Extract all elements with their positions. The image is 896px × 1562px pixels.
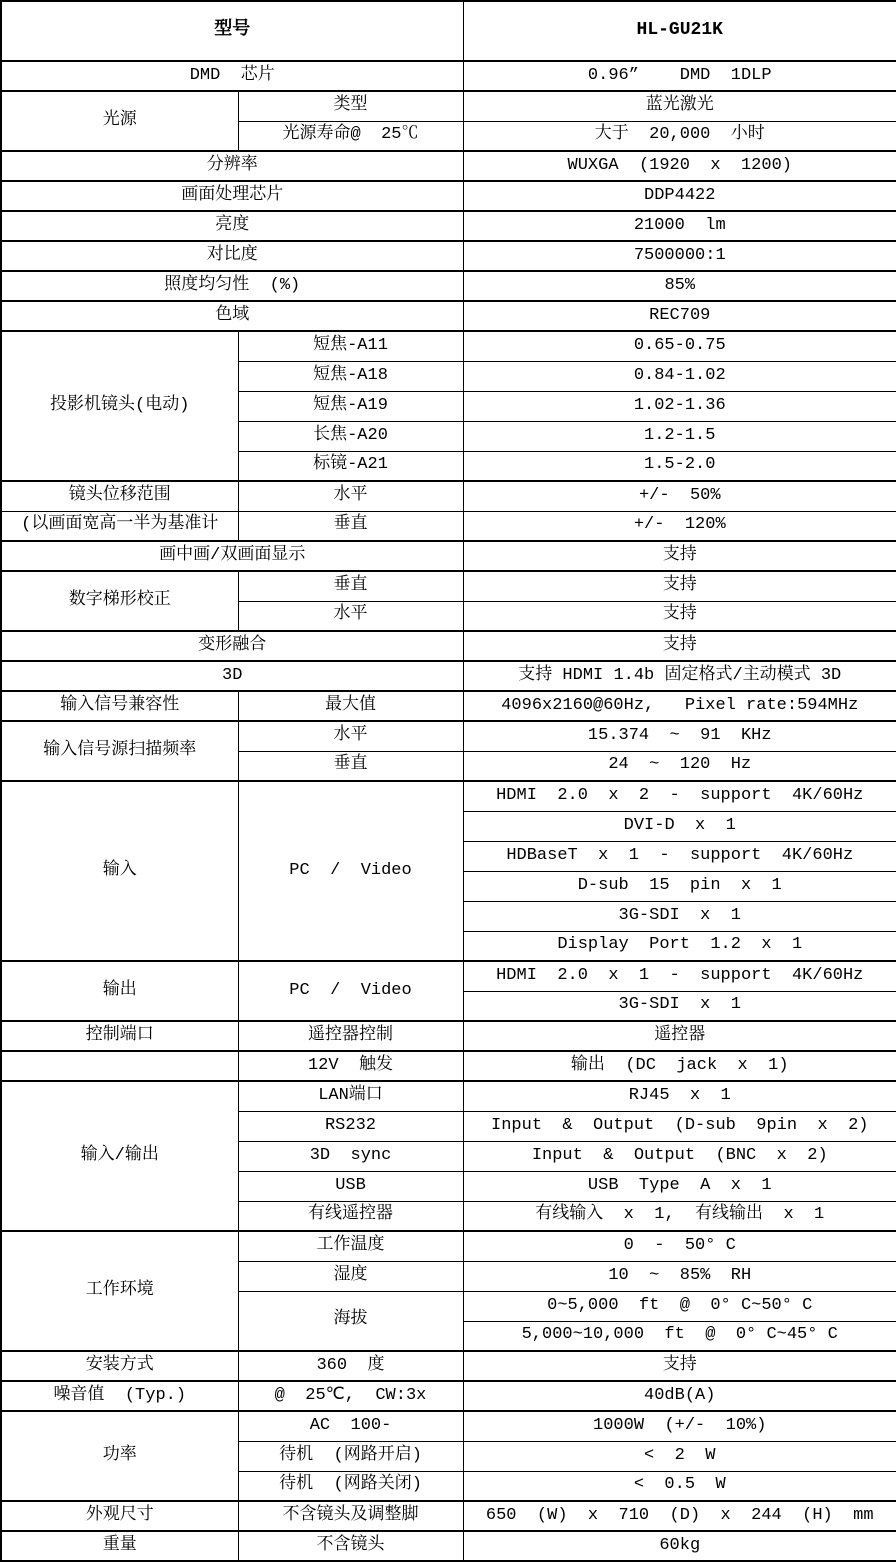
spec-cell: 650 (W) x 710 (D) x 244 (H) mm — [463, 1501, 896, 1531]
spec-cell: LAN端口 — [238, 1081, 463, 1111]
spec-cell: 1000W (+/- 10%) — [463, 1411, 896, 1441]
spec-row: 输入信号源扫描频率水平15.374 ~ 91 KHz — [1, 721, 896, 751]
spec-cell: 输出 (DC jack x 1) — [463, 1051, 896, 1081]
spec-cell — [1, 1051, 238, 1081]
spec-cell: 最大值 — [238, 691, 463, 721]
spec-cell: 1.02-1.36 — [463, 391, 896, 421]
input-label-cell: 输入 — [1, 781, 238, 961]
spec-cell: < 0.5 W — [463, 1471, 896, 1501]
spec-row: 对比度7500000:1 — [1, 241, 896, 271]
spec-cell: 色域 — [1, 301, 463, 331]
spec-cell: 支持 HDMI 1.4b 固定格式/主动模式 3D — [463, 661, 896, 691]
spec-cell: 大于 20,000 小时 — [463, 121, 896, 151]
spec-cell: 5,000~10,000 ft @ 0° C~45° C — [463, 1321, 896, 1351]
spec-cell: D-sub 15 pin x 1 — [463, 871, 896, 901]
spec-cell: @ 25℃, CW:3x — [238, 1381, 463, 1411]
lens-label-cell: 投影机镜头(电动) — [1, 331, 238, 481]
spec-cell: Display Port 1.2 x 1 — [463, 931, 896, 961]
output-label-cell: 输出 — [1, 961, 238, 1021]
spec-cell: 0.65-0.75 — [463, 331, 896, 361]
spec-cell: 蓝光激光 — [463, 91, 896, 121]
spec-cell: USB — [238, 1171, 463, 1201]
spec-cell: 类型 — [238, 91, 463, 121]
spec-cell: 1.2-1.5 — [463, 421, 896, 451]
spec-cell: 湿度 — [238, 1261, 463, 1291]
light-source-label-cell: 光源 — [1, 91, 238, 151]
spec-cell: WUXGA (1920 x 1200) — [463, 151, 896, 181]
spec-cell: 安装方式 — [1, 1351, 238, 1381]
spec-row: 色域REC709 — [1, 301, 896, 331]
spec-cell: 对比度 — [1, 241, 463, 271]
spec-cell: 不含镜头 — [238, 1531, 463, 1561]
spec-cell: 数字梯形校正 — [1, 571, 238, 631]
spec-cell: 15.374 ~ 91 KHz — [463, 721, 896, 751]
environment-label-cell: 工作环境 — [1, 1231, 238, 1351]
spec-cell: 垂直 — [238, 571, 463, 601]
spec-row: 光源类型蓝光激光 — [1, 91, 896, 121]
spec-cell: 光源寿命@ 25℃ — [238, 121, 463, 151]
spec-cell: AC 100- — [238, 1411, 463, 1441]
spec-cell: HDMI 2.0 x 2 - support 4K/60Hz — [463, 781, 896, 811]
spec-row: 输入PC / VideoHDMI 2.0 x 2 - support 4K/60… — [1, 781, 896, 811]
spec-header-row: 型号HL-GU21K — [1, 1, 896, 61]
spec-row: DMD 芯片0.96” DMD 1DLP — [1, 61, 896, 91]
spec-row: 重量不含镜头60kg — [1, 1531, 896, 1561]
spec-row: 控制端口遥控器控制遥控器 — [1, 1021, 896, 1051]
spec-row: 数字梯形校正垂直支持 — [1, 571, 896, 601]
spec-cell: 4096x2160@60Hz, Pixel rate:594MHz — [463, 691, 896, 721]
spec-row: 工作环境工作温度0 - 50° C — [1, 1231, 896, 1261]
spec-cell: 水平 — [238, 601, 463, 631]
model-label-cell: 型号 — [1, 1, 463, 61]
spec-cell: 标镜-A21 — [238, 451, 463, 481]
spec-table-body: 型号HL-GU21KDMD 芯片0.96” DMD 1DLP光源类型蓝光激光光源… — [1, 1, 896, 1561]
spec-cell: 360 度 — [238, 1351, 463, 1381]
spec-row: 外观尺寸不含镜头及调整脚650 (W) x 710 (D) x 244 (H) … — [1, 1501, 896, 1531]
spec-cell: 0.96” DMD 1DLP — [463, 61, 896, 91]
spec-cell: REC709 — [463, 301, 896, 331]
spec-cell: 60kg — [463, 1531, 896, 1561]
spec-row: 分辨率WUXGA (1920 x 1200) — [1, 151, 896, 181]
spec-row: 噪音值 (Typ.)@ 25℃, CW:3x40dB(A) — [1, 1381, 896, 1411]
spec-cell: 3G-SDI x 1 — [463, 991, 896, 1021]
spec-cell: DMD 芯片 — [1, 61, 463, 91]
spec-cell: 水平 — [238, 721, 463, 751]
spec-row: 照度均匀性 (%)85% — [1, 271, 896, 301]
spec-row: 画中画/双画面显示支持 — [1, 541, 896, 571]
spec-cell: 画面处理芯片 — [1, 181, 463, 211]
spec-cell: 短焦-A19 — [238, 391, 463, 421]
spec-cell: 垂直 — [238, 511, 463, 541]
spec-cell: 输入信号兼容性 — [1, 691, 238, 721]
spec-cell: +/- 50% — [463, 481, 896, 511]
spec-cell: DDP4422 — [463, 181, 896, 211]
spec-cell: 有线遥控器 — [238, 1201, 463, 1231]
spec-cell: DVI-D x 1 — [463, 811, 896, 841]
spec-cell: 照度均匀性 (%) — [1, 271, 463, 301]
spec-cell: 不含镜头及调整脚 — [238, 1501, 463, 1531]
power-label-cell: 功率 — [1, 1411, 238, 1501]
spec-cell: 有线输入 x 1, 有线输出 x 1 — [463, 1201, 896, 1231]
spec-row: 安装方式360 度支持 — [1, 1351, 896, 1381]
spec-row: 3D支持 HDMI 1.4b 固定格式/主动模式 3D — [1, 661, 896, 691]
spec-row: 镜头位移范围水平+/- 50% — [1, 481, 896, 511]
spec-cell: 支持 — [463, 1351, 896, 1381]
spec-cell: 1.5-2.0 — [463, 451, 896, 481]
spec-cell: 噪音值 (Typ.) — [1, 1381, 238, 1411]
spec-cell: Input & Output (D-sub 9pin x 2) — [463, 1111, 896, 1141]
spec-cell: 支持 — [463, 541, 896, 571]
spec-cell: 长焦-A20 — [238, 421, 463, 451]
spec-cell: 画中画/双画面显示 — [1, 541, 463, 571]
spec-cell: 垂直 — [238, 751, 463, 781]
spec-row: 画面处理芯片DDP4422 — [1, 181, 896, 211]
spec-cell: (以画面宽高一半为基准计 — [1, 511, 238, 541]
spec-cell: 0 - 50° C — [463, 1231, 896, 1261]
spec-cell: 3D sync — [238, 1141, 463, 1171]
spec-cell: 21000 lm — [463, 211, 896, 241]
spec-cell: 12V 触发 — [238, 1051, 463, 1081]
spec-cell: 待机 (网路开启) — [238, 1441, 463, 1471]
model-value-cell: HL-GU21K — [463, 1, 896, 61]
spec-cell: +/- 120% — [463, 511, 896, 541]
spec-cell: 0~5,000 ft @ 0° C~50° C — [463, 1291, 896, 1321]
spec-cell: 镜头位移范围 — [1, 481, 238, 511]
spec-row: 输出PC / VideoHDMI 2.0 x 1 - support 4K/60… — [1, 961, 896, 991]
spec-cell: 支持 — [463, 601, 896, 631]
spec-row: (以画面宽高一半为基准计垂直+/- 120% — [1, 511, 896, 541]
spec-row: 变形融合支持 — [1, 631, 896, 661]
spec-cell: PC / Video — [238, 961, 463, 1021]
spec-cell: HDMI 2.0 x 1 - support 4K/60Hz — [463, 961, 896, 991]
spec-cell: 变形融合 — [1, 631, 463, 661]
spec-cell: 短焦-A11 — [238, 331, 463, 361]
spec-cell: 亮度 — [1, 211, 463, 241]
spec-cell: 工作温度 — [238, 1231, 463, 1261]
spec-row: 亮度21000 lm — [1, 211, 896, 241]
spec-cell: 遥控器控制 — [238, 1021, 463, 1051]
spec-sheet: 型号HL-GU21KDMD 芯片0.96” DMD 1DLP光源类型蓝光激光光源… — [0, 0, 896, 1562]
spec-cell: 海拔 — [238, 1291, 463, 1351]
spec-cell: 遥控器 — [463, 1021, 896, 1051]
spec-row: 投影机镜头(电动)短焦-A110.65-0.75 — [1, 331, 896, 361]
spec-cell: RJ45 x 1 — [463, 1081, 896, 1111]
spec-cell: 7500000:1 — [463, 241, 896, 271]
spec-cell: 40dB(A) — [463, 1381, 896, 1411]
spec-cell: 待机 (网路关闭) — [238, 1471, 463, 1501]
io-label-cell: 输入/输出 — [1, 1081, 238, 1231]
spec-cell: PC / Video — [238, 781, 463, 961]
spec-cell: 控制端口 — [1, 1021, 238, 1051]
spec-cell: 支持 — [463, 631, 896, 661]
spec-cell: < 2 W — [463, 1441, 896, 1471]
spec-cell: RS232 — [238, 1111, 463, 1141]
spec-cell: 短焦-A18 — [238, 361, 463, 391]
spec-row: 输入信号兼容性最大值4096x2160@60Hz, Pixel rate:594… — [1, 691, 896, 721]
spec-cell: 10 ~ 85% RH — [463, 1261, 896, 1291]
spec-row: 功率AC 100-1000W (+/- 10%) — [1, 1411, 896, 1441]
spec-cell: 重量 — [1, 1531, 238, 1561]
spec-cell: USB Type A x 1 — [463, 1171, 896, 1201]
spec-row: 12V 触发输出 (DC jack x 1) — [1, 1051, 896, 1081]
spec-cell: 水平 — [238, 481, 463, 511]
spec-row: 输入/输出LAN端口RJ45 x 1 — [1, 1081, 896, 1111]
spec-cell: 输入信号源扫描频率 — [1, 721, 238, 781]
spec-cell: 3D — [1, 661, 463, 691]
spec-cell: 分辨率 — [1, 151, 463, 181]
spec-cell: 3G-SDI x 1 — [463, 901, 896, 931]
spec-cell: Input & Output (BNC x 2) — [463, 1141, 896, 1171]
spec-cell: 支持 — [463, 571, 896, 601]
spec-table: 型号HL-GU21KDMD 芯片0.96” DMD 1DLP光源类型蓝光激光光源… — [0, 0, 896, 1562]
spec-cell: 24 ~ 120 Hz — [463, 751, 896, 781]
spec-cell: 85% — [463, 271, 896, 301]
spec-cell: 外观尺寸 — [1, 1501, 238, 1531]
spec-cell: HDBaseT x 1 - support 4K/60Hz — [463, 841, 896, 871]
spec-cell: 0.84-1.02 — [463, 361, 896, 391]
